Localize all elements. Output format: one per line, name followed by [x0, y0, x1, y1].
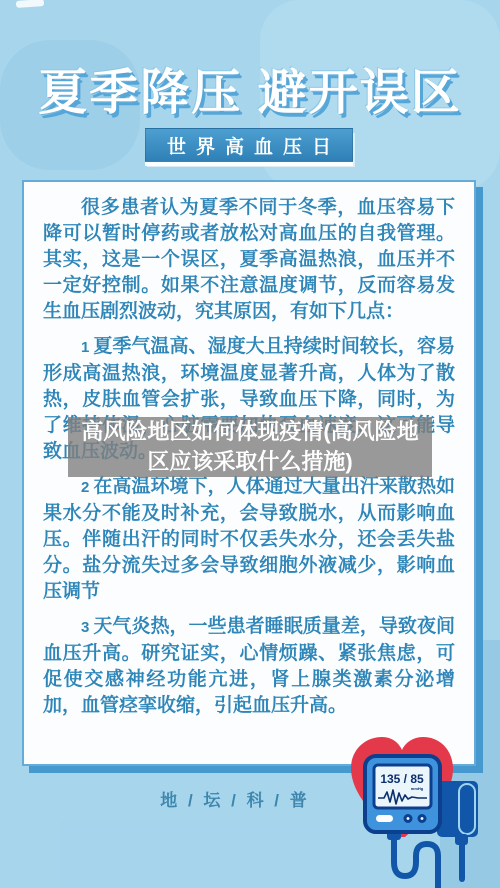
background-texture [60, 820, 360, 888]
bp-cuff [437, 781, 478, 837]
point-2-paragraph: 2在高温环境下，人体通过大量出汗来散热如果水分不能及时补充，会导致脱水，从而影响… [43, 474, 455, 605]
monitor-button-2-dot [421, 817, 424, 820]
monitor-tube [394, 837, 438, 888]
intro-paragraph: 很多患者认为夏季不同于冬季，血压容易下降可以暂时停药或者放松对高血压的自我管理。… [43, 195, 455, 325]
cuff-connector [455, 834, 468, 845]
world-hypertension-day-badge: 世界高血压日 [145, 128, 353, 162]
bp-reading: 135 / 85 [380, 772, 424, 786]
decorative-dash [16, 0, 44, 8]
monitor-power-button [376, 815, 393, 822]
heart-bp-monitor-illustration: 135 / 85 mmHg [345, 727, 500, 888]
point-1-number: 1 [81, 339, 93, 356]
point-3-number: 3 [81, 619, 93, 636]
point-2-text: 在高温环境下，人体通过大量出汗来散热如果水分不能及时补充，会导致脱水，从而影响血… [43, 476, 455, 602]
point-3-paragraph: 3天气炎热，一些患者睡眠质量差，导致夜间血压升高。研究证实，心情烦躁、紧张焦虑，… [43, 614, 455, 719]
bp-unit: mmHg [411, 786, 424, 791]
point-2-number: 2 [81, 479, 93, 496]
monitor-button-1-dot [407, 817, 410, 820]
watermark-title-overlay: 高风险地区如何体现疫情(高风险地区应该采取什么措施) [68, 417, 432, 477]
point-3-text: 天气炎热，一些患者睡眠质量差，导致夜间血压升高。研究证实，心情烦躁、紧张焦虑，可… [43, 616, 455, 716]
poster-title: 夏季降压 避开误区 [0, 54, 500, 124]
